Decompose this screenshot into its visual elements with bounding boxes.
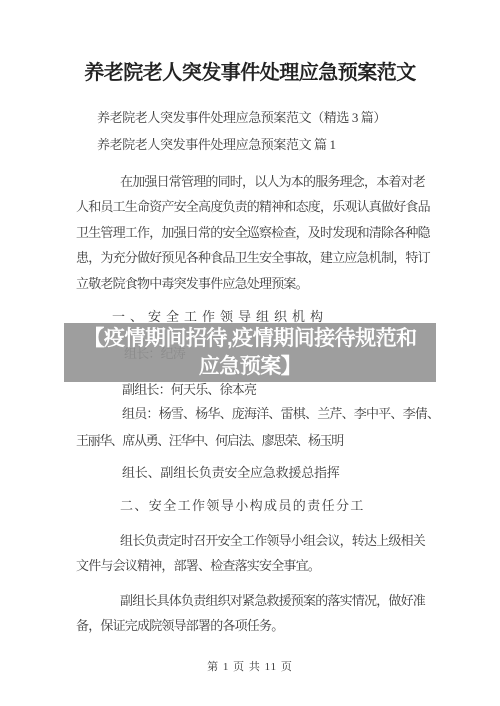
- deputy-leader-line: 副组长：何天乐、徐本亮: [122, 382, 256, 397]
- command-note-line: 组长、副组长负责安全应急救援总指挥: [122, 465, 340, 480]
- members-line-2: 王丽华、席从勇、汪华中、何启法、廖思荣、杨玉明: [76, 433, 343, 448]
- paragraph-3-line-1: 组长负责定时召开安全工作领导小组会议，转达上级相关: [120, 533, 425, 548]
- paragraph-4-line-1: 副组长具体负责组织对紧急救援预案的落实情况，做好准: [120, 593, 425, 608]
- paragraph-3-line-2: 文件与会议精神，部署、检查落实安全事宜。: [76, 558, 320, 573]
- page-number-footer: 第 1 页 共 11 页: [0, 661, 500, 674]
- paragraph-1-line-5: 立敬老院食物中毒突发事件应急处理预案。: [76, 276, 308, 291]
- ad-overlay-text-line-1: 【疫情期间招待,疫情期间接待规范和: [83, 325, 416, 353]
- paragraph-1-line-1: 在加强日常管理的同时，以人为本的服务理念，本着对老: [120, 174, 425, 189]
- section-heading-1: 一、安全工作领导组织机构: [112, 309, 328, 324]
- members-line-1: 组员：杨雪、杨华、庞海洋、雷棋、兰芹、李中平、李倩、: [122, 406, 439, 421]
- document-page: 养老院老人突发事件处理应急预案范文 养老院老人突发事件处理应急预案范文（精选 3…: [0, 0, 500, 706]
- section-heading-2: 二、安全工作领导小构成员的责任分工: [120, 498, 365, 513]
- ad-overlay-text-line-2: 应急预案】: [199, 353, 302, 381]
- paragraph-1-line-4: 患，为充分做好预见各种食品卫生安全事故，建立应急机制，特订: [76, 250, 430, 265]
- ad-overlay-banner[interactable]: 【疫情期间招待,疫情期间接待规范和 应急预案】: [64, 323, 436, 382]
- paragraph-1-line-2: 人和员工生命资产安全高度负责的精神和态度，乐观认真做好食品: [76, 199, 430, 214]
- paragraph-1-line-3: 卫生管理工作，加强日常的安全巡察检查，及时发现和清除各种隐: [76, 225, 430, 240]
- document-title: 养老院老人突发事件处理应急预案范文: [0, 61, 500, 85]
- subtitle-part-number: 养老院老人突发事件处理应急预案范文 篇 1: [97, 137, 336, 152]
- paragraph-4-line-2: 备，保证完成院领导部署的各项任务。: [76, 618, 283, 633]
- subtitle-selection: 养老院老人突发事件处理应急预案范文（精选 3 篇）: [97, 110, 386, 125]
